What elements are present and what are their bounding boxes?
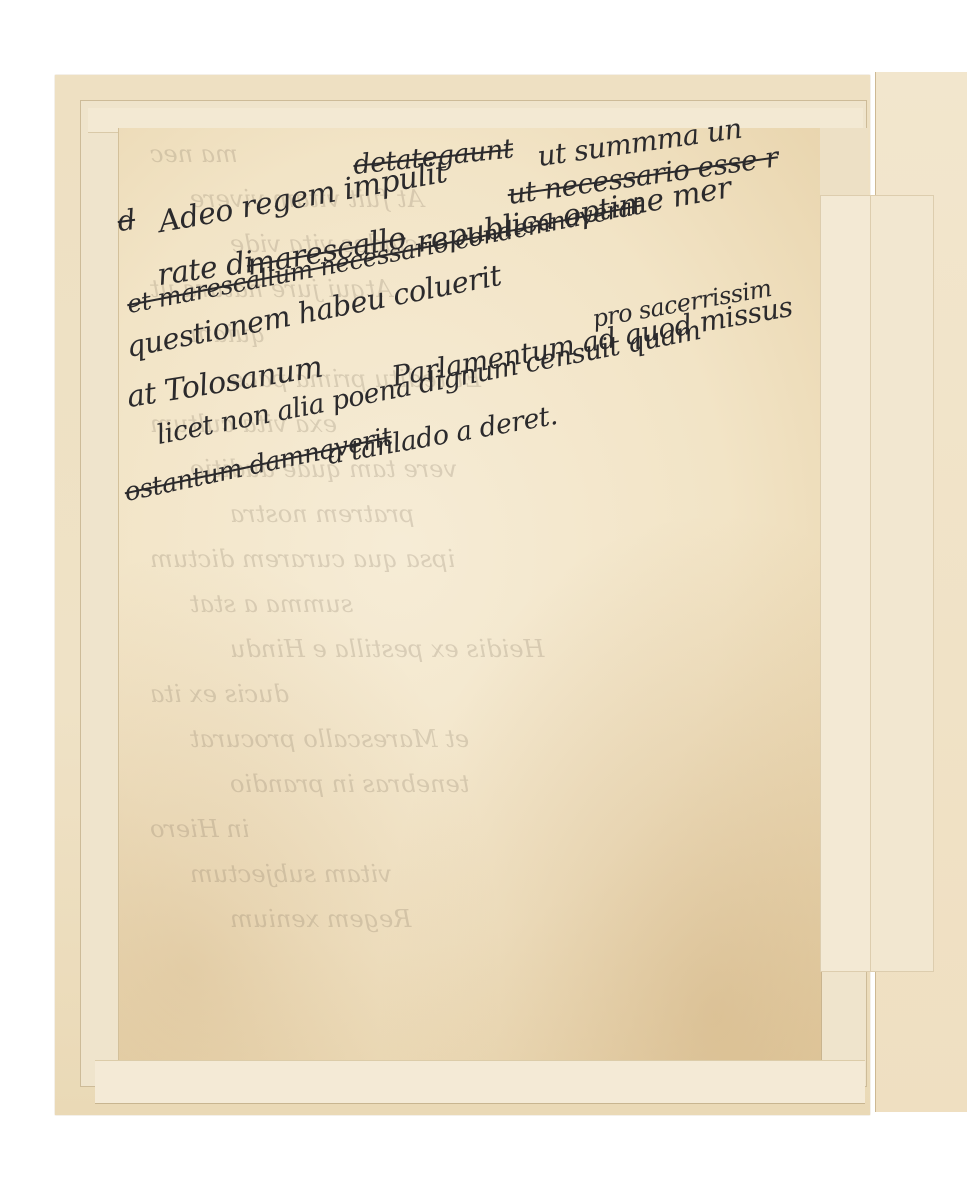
hinge-tape-left bbox=[820, 195, 872, 972]
bleed-through-line: in Hiero bbox=[150, 815, 250, 843]
mount-tape-bottom bbox=[95, 1060, 865, 1104]
bleed-through-line: Heidis ex pestilla e Hindu bbox=[230, 635, 544, 663]
bleed-through-line: ipsa qua curarem dictum bbox=[150, 545, 455, 573]
bleed-through-line: Regem xenium bbox=[230, 905, 411, 933]
bleed-through-line: vitam subjectum bbox=[190, 860, 392, 888]
hinge-tape-top bbox=[820, 128, 868, 198]
bleed-through-line: ma nec bbox=[150, 140, 238, 168]
bleed-through-line: ducis ex ita bbox=[150, 680, 289, 708]
hinge-tape-right bbox=[870, 195, 934, 972]
bleed-through-line: summa a stat bbox=[190, 590, 353, 618]
bleed-through-line: et Marescallo procurat bbox=[190, 725, 469, 753]
bleed-through-line: pratrem nostra bbox=[230, 500, 415, 528]
bleed-through-line: tenebras in prandio bbox=[230, 770, 469, 798]
